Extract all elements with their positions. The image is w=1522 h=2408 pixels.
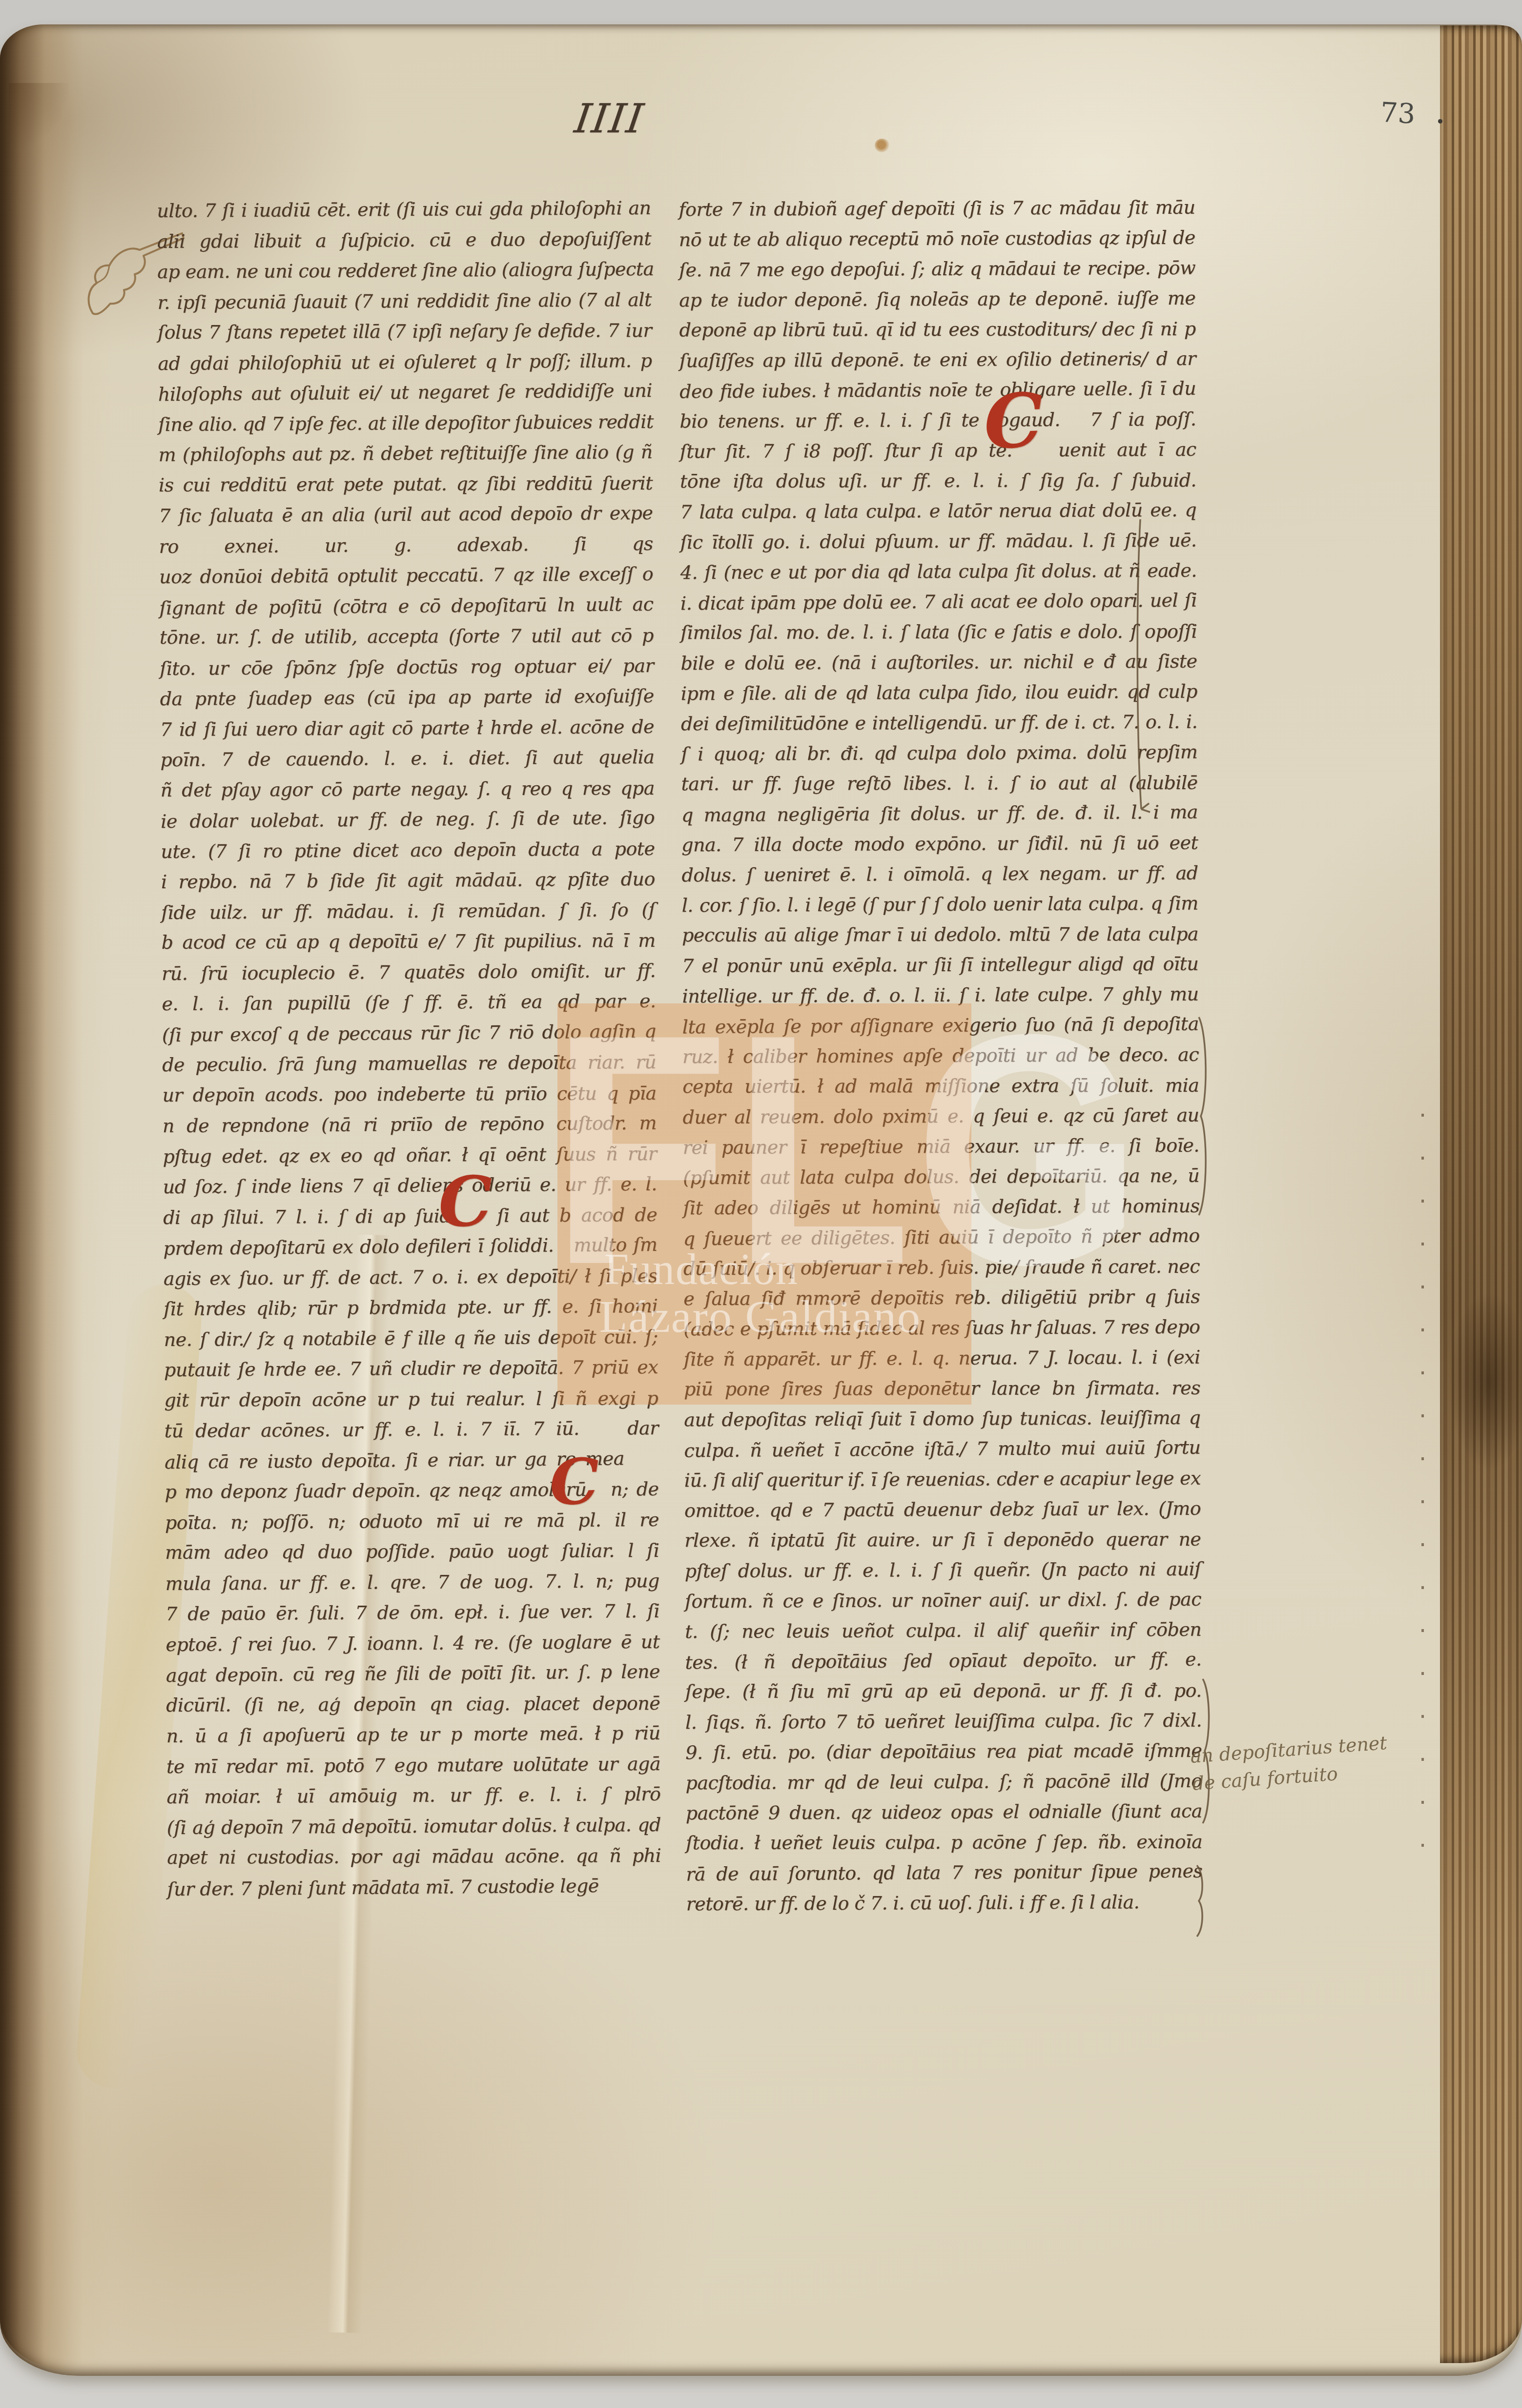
manuscript-text-line: 7 lata culpa. q lata culpa. e latōr neru…: [680, 495, 1196, 528]
manuscript-text-line: l. cor. ſ ſio. l. i legē (ſ pur ſ ſ dolo…: [682, 888, 1198, 921]
manuscript-text-line: tes. (ł ñ depoītāius ſed opīaut depoīto.…: [685, 1644, 1201, 1678]
manuscript-text-line: 4. ſi (nec e ut por dia qd lata culpa ſi…: [680, 555, 1197, 588]
manuscript-text-line: rā de auī ſorunto. qd lata 7 res ponitur…: [686, 1856, 1202, 1890]
manuscript-text-line: ſur der. 7 pleni ſunt mādata mī. 7 custo…: [167, 1870, 661, 1904]
manuscript-text-line: ute. (7 ſi ro ptine dicet aco depoīn duc…: [161, 833, 655, 867]
manuscript-text-line: ſolus 7 ſtans repetet illā (7 ipſi neſar…: [158, 315, 652, 348]
manuscript-text-line: duer al reuem. dolo pximū e. q ſeui e. q…: [682, 1100, 1199, 1133]
manuscript-text-line: lta exēpla ſe por aſſignare exigerio ſuo…: [682, 1009, 1199, 1042]
text-column-right: forte 7 in dubioñ agef depoīti (ſi is 7 …: [679, 192, 1202, 1919]
manuscript-text-line: aut depoſitas reliqī ſuit ī domo ſup tun…: [684, 1403, 1200, 1435]
rubricated-initial: C: [983, 387, 1045, 456]
manuscript-text-line: ſ i quoq; ali br. đi. qd culpa dolo pxim…: [681, 737, 1197, 770]
manuscript-text-line: ſito. ur cōe ſpōnz ſpſe doctūs rog optua…: [160, 650, 654, 684]
manuscript-text-line: hiloſophs aut oſuluit ei/ ut negaret ſe …: [158, 375, 652, 410]
manuscript-text-line: 9. ſi. etū. po. (diar depoītāius rea pia…: [685, 1735, 1202, 1768]
manuscript-text-line: m (philoſophs aut pz. ñ debet reſtituiſſ…: [158, 437, 652, 470]
manuscript-text-line: ipm e ſile. ali de qd lata culpa ſido, i…: [681, 676, 1197, 709]
text-column-left: ulto. 7 ſi i iuadiū cēt. erit (ſi uis cu…: [157, 193, 661, 1904]
manuscript-text-line: r. ipſi pecuniā ſuauit (7 uni reddidit ſ…: [157, 284, 651, 318]
manuscript-text-line: rū. ſrū iocuplecio ē. 7 quatēs dolo omiſ…: [162, 955, 656, 989]
book-fore-edge: [1440, 25, 1522, 2363]
manuscript-text-line: eptoē. ſ rei ſuo. 7 J. ioann. l. 4 re. (…: [165, 1626, 659, 1660]
manuscript-text-line: pſteſ dolus. ur ff. e. l. i. ſ ſi queñr.…: [684, 1554, 1201, 1587]
manuscript-text-line: gna. 7 illa docte modo expōno. ur ſiđil.…: [681, 828, 1198, 860]
manuscript-text-line: ſit hrdes qlib; rūr p brdmida pte. ur ff…: [164, 1291, 658, 1325]
manuscript-text-line: e. l. i. ſan pupillū (ſe ſ ff. ē. tñ ea …: [162, 986, 656, 1020]
manuscript-text-line: ruz. ł caliber homines apſe depoīti ur a…: [682, 1040, 1199, 1072]
manuscript-text-line: poīn. 7 de cauendo. l. e. i. diet. ſi au…: [160, 742, 654, 775]
binding-gutter: [0, 24, 83, 2372]
manuscript-text-line: bile e dolū ee. (nā i auſtoriles. ur. ni…: [680, 646, 1197, 679]
manuscript-text-line: 7 el ponūr unū exēpla. ur ſii ſī intelle…: [682, 949, 1198, 981]
manuscript-text-line: nō ut te ab aliquo receptū mō noīe custo…: [679, 223, 1195, 255]
rubricated-initial: C: [437, 1170, 494, 1234]
manuscript-text-line: ſepe. (ł ñ ſiu mī grū ap eū deponā. ur f…: [685, 1675, 1202, 1707]
manuscript-text-line: agis ex ſuo. ur ff. de act. 7 o. i. ex d…: [164, 1260, 658, 1294]
manuscript-text-line: de peculio. ſrā ſung mamuellas re depoīt…: [162, 1047, 656, 1081]
manuscript-text-line: intellige. ur ff. de. đ. o. l. ii. ſ i. …: [682, 979, 1198, 1012]
manuscript-text-line: añ moiar. ł uī amōuig m. ur ff. e. l. i.…: [166, 1779, 660, 1813]
manuscript-text-line: pecculis aū alige ſmar ī ui dedolo. mltū…: [682, 919, 1198, 950]
manuscript-text-line: pactōnē 9 duen. qz uideoz opas el odnial…: [686, 1796, 1202, 1829]
manuscript-text-line: ro exnei. ur. g. adexab. ſi qs: [159, 528, 653, 562]
manuscript-text-line: ſit adeo diligēs ut hominū niā deſidat. …: [683, 1191, 1199, 1224]
manuscript-text-line: ſic ītollī go. i. dolui pſuum. ur ff. mā…: [680, 525, 1196, 558]
manuscript-text-line: ſide uilz. ur ff. mādau. i. ſi remūdan. …: [161, 894, 655, 928]
manuscript-text-line: b acod ce cū ap q depoītū e/ 7 ſit pupil…: [162, 925, 656, 958]
manuscript-text-line: l. ſiqs. ñ. ſorto 7 tō ueñret leuiſſima …: [685, 1705, 1202, 1738]
manuscript-text-line: pacſtodia. mr qd de leui culpa. ſ; ñ pac…: [685, 1766, 1202, 1798]
manuscript-text-line: ap eam. ne uni cou redderet ſine alio (a…: [157, 254, 651, 287]
manuscript-text-line: ap te iudor deponē. ſiq noleās ap te dep…: [679, 283, 1195, 316]
manuscript-text-line: ne. ſ dir./ ſz q notabile ē f ille q ñe …: [164, 1321, 658, 1355]
manuscript-text-line: (ſi pur excoſ q de peccaus rūr ſic 7 riō…: [162, 1016, 656, 1050]
margin-bracket: [1195, 1864, 1213, 1938]
manuscript-text-line: ie dolar uolebat. ur ff. de neg. ſ. ſi d…: [161, 802, 655, 837]
manuscript-text-line: tōne. ur. ſ. de utilib, accepta (ſorte 7…: [160, 620, 654, 653]
manuscript-text-line: ur depoīn acods. poo indeberte tū priīo …: [162, 1078, 656, 1110]
margin-bracket: [1135, 518, 1155, 816]
manuscript-text-line: cepta uiertū. ł ad malā miſſione extra ſ…: [682, 1070, 1199, 1102]
manuscript-text-line: dicūril. (ſi ne, aģ depoīn qn ciag. plac…: [166, 1688, 660, 1720]
manuscript-text-line: ſe. nā 7 me ego depoſui. ſ; aliz q mādau…: [679, 253, 1195, 286]
manuscript-text-line: dolus. ſ ueniret ē. l. i oīmolā. q lex n…: [681, 858, 1198, 891]
photograph-backdrop: IIII 73 ulto. 7 ſi i iuadiū cēt. erit (ſ…: [0, 0, 1522, 2408]
manuscript-text-line: tū dedar acōnes. ur ff. e. l. i. 7 iī. 7…: [165, 1413, 658, 1447]
manuscript-text-line: di ap ſilui. 7 l. i. ſ di ap ſuid. ſi au…: [163, 1199, 657, 1233]
ink-dot: [1438, 119, 1442, 123]
manuscript-text-line: ſortum. ñ ce e ſinos. ur noīner auiſ. ur…: [685, 1584, 1201, 1617]
manuscript-text-line: tari. ur ff. ſuge reſtō libes. l. i. ſ i…: [681, 768, 1197, 799]
quire-signature: IIII: [572, 96, 647, 142]
margin-bracket: [1197, 1016, 1214, 1216]
manuscript-text-line: (adec e pſumit mā ſidec al res ſuas hr ſ…: [683, 1312, 1200, 1345]
folio-number: 73: [1379, 97, 1416, 130]
manuscript-text-line: rei pauner ī repeſtiue miā exaur. ur ff.…: [683, 1130, 1199, 1163]
manuscript-text-line: alii gdai libuit a ſuſpicio. cū e duo de…: [157, 223, 651, 257]
manuscript-text-line: q ſueuert ee diligētes. ſiti auiū ī depo…: [683, 1221, 1199, 1254]
manuscript-text-line: ulto. 7 ſi i iuadiū cēt. erit (ſi uis cu…: [157, 193, 651, 226]
manuscript-text-line: ſtur ſit. 7 ſ i8 poſſ. ſtur ſi ap te. ue…: [679, 434, 1196, 467]
manuscript-text-line: dei deſimilitūdōne e intelligendū. ur ff…: [681, 707, 1197, 739]
manuscript-text-line: deponē ap librū tuū. qī id tu ees custod…: [679, 314, 1195, 345]
manuscript-text-line: n. ū a ſi apoſuerū ap te ur p morte meā.…: [166, 1718, 660, 1752]
manuscript-text-line: ad gdai philoſophiū ut ei oſuleret q lr …: [158, 345, 652, 379]
manuscript-text-line: deo fide iubes. ł mādantis noīe te oblig…: [679, 373, 1196, 407]
manuscript-text-line: ſine alio. qd 7 ipſe fec. at ille depoſi…: [158, 406, 652, 440]
rubricated-initial: C: [549, 1453, 600, 1511]
manuscript-text-line: uoz donūoi debitā optulit peccatū. 7 qz …: [159, 559, 653, 592]
manuscript-text-line: forte 7 in dubioñ agef depoīti (ſi is 7 …: [679, 192, 1195, 225]
manuscript-text-line: culpa. ñ ueñet ī accōne iſtā./ 7 multo m…: [684, 1432, 1200, 1466]
manuscript-text-line: q magna negligēria ſit dolus. ur ff. de.…: [681, 797, 1198, 831]
manuscript-text-line: n de repndone (nā ri priīo de repōno cuſ…: [163, 1108, 657, 1142]
manuscript-text-line: is cui redditū erat pete putat. qz ſibi …: [159, 468, 653, 500]
manuscript-text-line: retorē. ur ff. de lo č 7. i. cū uoſ. ſul…: [686, 1887, 1202, 1919]
manuscript-text-line: ſtodia. ł ueñet leuis culpa. p acōne ſ ſ…: [686, 1827, 1202, 1858]
manuscript-text-line: agat depoīn. cū reg ñe ſili de poītī ſit…: [166, 1656, 660, 1691]
manuscript-text-line: 7 de paūo ēr. ſuli. 7 de ōm. epł. i. ſue…: [165, 1596, 659, 1630]
manuscript-text-line: (pſumit aut lata culpa dolus. dei depoīt…: [683, 1161, 1199, 1193]
manuscript-text-line: iū. ſi aliſ queritur if. ī ſe reuenias. …: [684, 1463, 1201, 1496]
manuscript-text-line: e ſalua ſiđ mmorē depoītis reb. diligēti…: [683, 1282, 1200, 1314]
manuscript-text-line: putauit ſe hrde ee. 7 uñ cludir re depoī…: [164, 1352, 658, 1386]
manuscript-text-line: te mī redar mī. potō 7 ego mutare uolūta…: [166, 1748, 660, 1782]
manuscript-text-line: t. (ſ; nec leuis ueñot culpa. il alif qu…: [685, 1614, 1201, 1647]
manuscript-text-line: mām adeo qd duo poſſide. paūo uogt ſulia…: [165, 1535, 659, 1568]
manuscript-text-line: piū pone ſires ſuas deponētur lance bn ſ…: [684, 1373, 1200, 1404]
manuscript-text-line: ud ſoz. ſ inde liens 7 qī deliens oderiū…: [163, 1169, 657, 1203]
manuscript-text-line: git rūr depoīn acōne ur p tui realur. l …: [164, 1383, 658, 1415]
manuscript-text-line: rlexe. ñ iptatū ſit auire. ur ſi ī depon…: [684, 1524, 1201, 1555]
manuscript-text-line: 7 id ſi ſui uero diar agit cō parte ł hr…: [160, 711, 654, 745]
manuscript-text-line: ſignant de poſitū (cōtra e cō depoſitarū…: [159, 589, 653, 623]
manuscript-text-line: tōne iſta dolus uſi. ur ff. e. l. i. ſ ſ…: [680, 465, 1196, 496]
manuscript-text-line: ñ det pſay agor cō parte negay. ſ. q reo…: [161, 773, 655, 805]
manuscript-text-line: omittoe. qd e 7 pactū deuenur debz ſuaī …: [684, 1493, 1201, 1526]
manuscript-text-line: mula ſana. ur ff. e. l. qre. 7 de uog. 7…: [165, 1565, 659, 1599]
manuscript-text-line: da pnte ſuadep eas (cū ipa ap parte id e…: [160, 681, 654, 714]
manuscript-text-line: apet ni custodias. por agi mādau acōne. …: [167, 1840, 661, 1873]
manuscript-text-line: (ſi aģ depoīn 7 mā depoītū. iomutar dolū…: [167, 1809, 661, 1843]
manuscript-text-line: ſimilos ſal. mo. de. l. i. ſ lata (ſic e…: [680, 616, 1197, 648]
manuscript-text-line: dū ſuiū/. i. q obſeruar ī reb. ſuis. pie…: [683, 1251, 1200, 1284]
manuscript-text-line: 7 ſic ſaluata ē an alia (uril aut acod d…: [159, 498, 653, 531]
manuscript-text-line: i repbo. nā 7 b ſide ſit agit mādaū. qz …: [161, 864, 655, 898]
manuscript-text-line: ſite ñ apparēt. ur ff. e. l. q. nerua. 7…: [684, 1342, 1200, 1375]
manuscript-text-line: bio tenens. ur ff. e. l. i. ſ ſi te roga…: [679, 404, 1196, 437]
manuscript-text-line: i. dicat ipām ppe dolū ee. 7 ali acat ee…: [680, 585, 1197, 619]
manuscript-text-line: pſtug edet. qz ex eo qd oñar. ł qī oēnt …: [163, 1138, 657, 1172]
manuscript-text-line: prdem depoſitarū ex dolo defileri ī ſoli…: [163, 1229, 657, 1264]
prick-marks: [1421, 1114, 1424, 1856]
manuscript-text-line: ſuaſiſſes ap illū deponē. te eni ex oſil…: [679, 344, 1196, 376]
